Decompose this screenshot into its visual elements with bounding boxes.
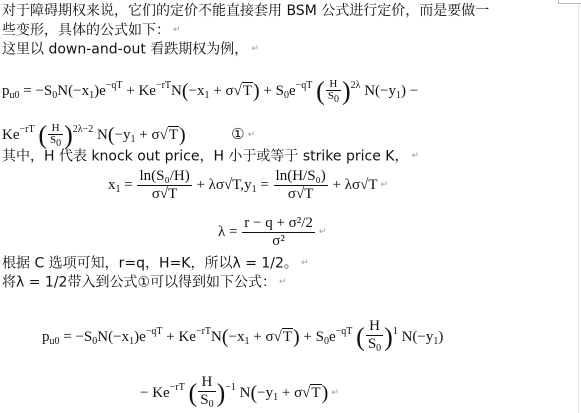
fraction-h-over-s0: HS0: [366, 318, 383, 357]
paragraph-mark-icon: ↵: [173, 25, 181, 35]
fraction-h-over-s0: HS0: [48, 123, 63, 149]
y1-fraction: ln(H/S₀)σ√T: [274, 168, 328, 203]
formula-2-line-2: − Ke−rT (HS0)−1 N(−y1 + σ√T)↵: [140, 374, 339, 413]
paragraph-mark-icon: ↵: [411, 151, 419, 161]
intro-line-2: 些变形，具体的公式如下：↵: [2, 21, 181, 41]
lambda-fraction: r − q + σ²/2σ²: [242, 215, 315, 250]
intro-line-1: 对于障碍期权来说，它们的定价不能直接套用 BSM 公式进行定价，而是要做一: [2, 2, 489, 21]
intro-line-3: 这里以 down-and-out 看跌期权为例，↵: [2, 40, 259, 60]
fraction-h-over-s0: HS0: [326, 79, 341, 105]
lambda-definition: λ = r − q + σ²/2σ²↵: [218, 215, 326, 250]
x1-y1-definition: x1 = ln(S₀/H)σ√T + λσ√T,y1 = ln(H/S₀)σ√T…: [108, 168, 388, 203]
formula-1-line-2: Ke−rT (HS0)2λ−2 N(−y1 + σ√T) ①↵: [2, 120, 255, 149]
paragraph-mark-icon: ↵: [331, 388, 339, 398]
document-page: 对于障碍期权来说，它们的定价不能直接套用 BSM 公式进行定价，而是要做一 些变…: [0, 0, 581, 413]
paragraph-mark-icon: ↵: [319, 227, 327, 237]
paragraph-mark-icon: ↵: [279, 277, 287, 287]
where-line: 其中，H 代表 knock out price，H 小于或等于 strike p…: [2, 147, 419, 167]
paragraph-mark-icon: ↵: [301, 258, 309, 268]
formula-2-line-1: pu0 = −S0N(−x1)e−qT + Ke−rTN(−x1 + σ√T) …: [42, 318, 443, 357]
fraction-h-over-s0: HS0: [198, 374, 215, 413]
formula-label: ①: [231, 125, 244, 143]
paragraph-mark-icon: ↵: [248, 130, 256, 140]
x1-fraction: ln(S₀/H)σ√T: [137, 168, 191, 203]
paragraph-mark-icon: ↵: [380, 180, 388, 190]
conclusion-line-1: 根据 C 选项可知，r=q，H=K，所以λ = 1/2。↵: [2, 254, 308, 274]
page-edge: [578, 4, 579, 413]
formula-1-line-1: pu0 = −S0N(−x1)e−qT + Ke−rTN(−x1 + σ√T) …: [2, 76, 418, 105]
conclusion-line-2: 将λ = 1/2带入到公式①可以得到如下公式：↵: [2, 273, 287, 293]
paragraph-mark-icon: ↵: [251, 44, 259, 54]
